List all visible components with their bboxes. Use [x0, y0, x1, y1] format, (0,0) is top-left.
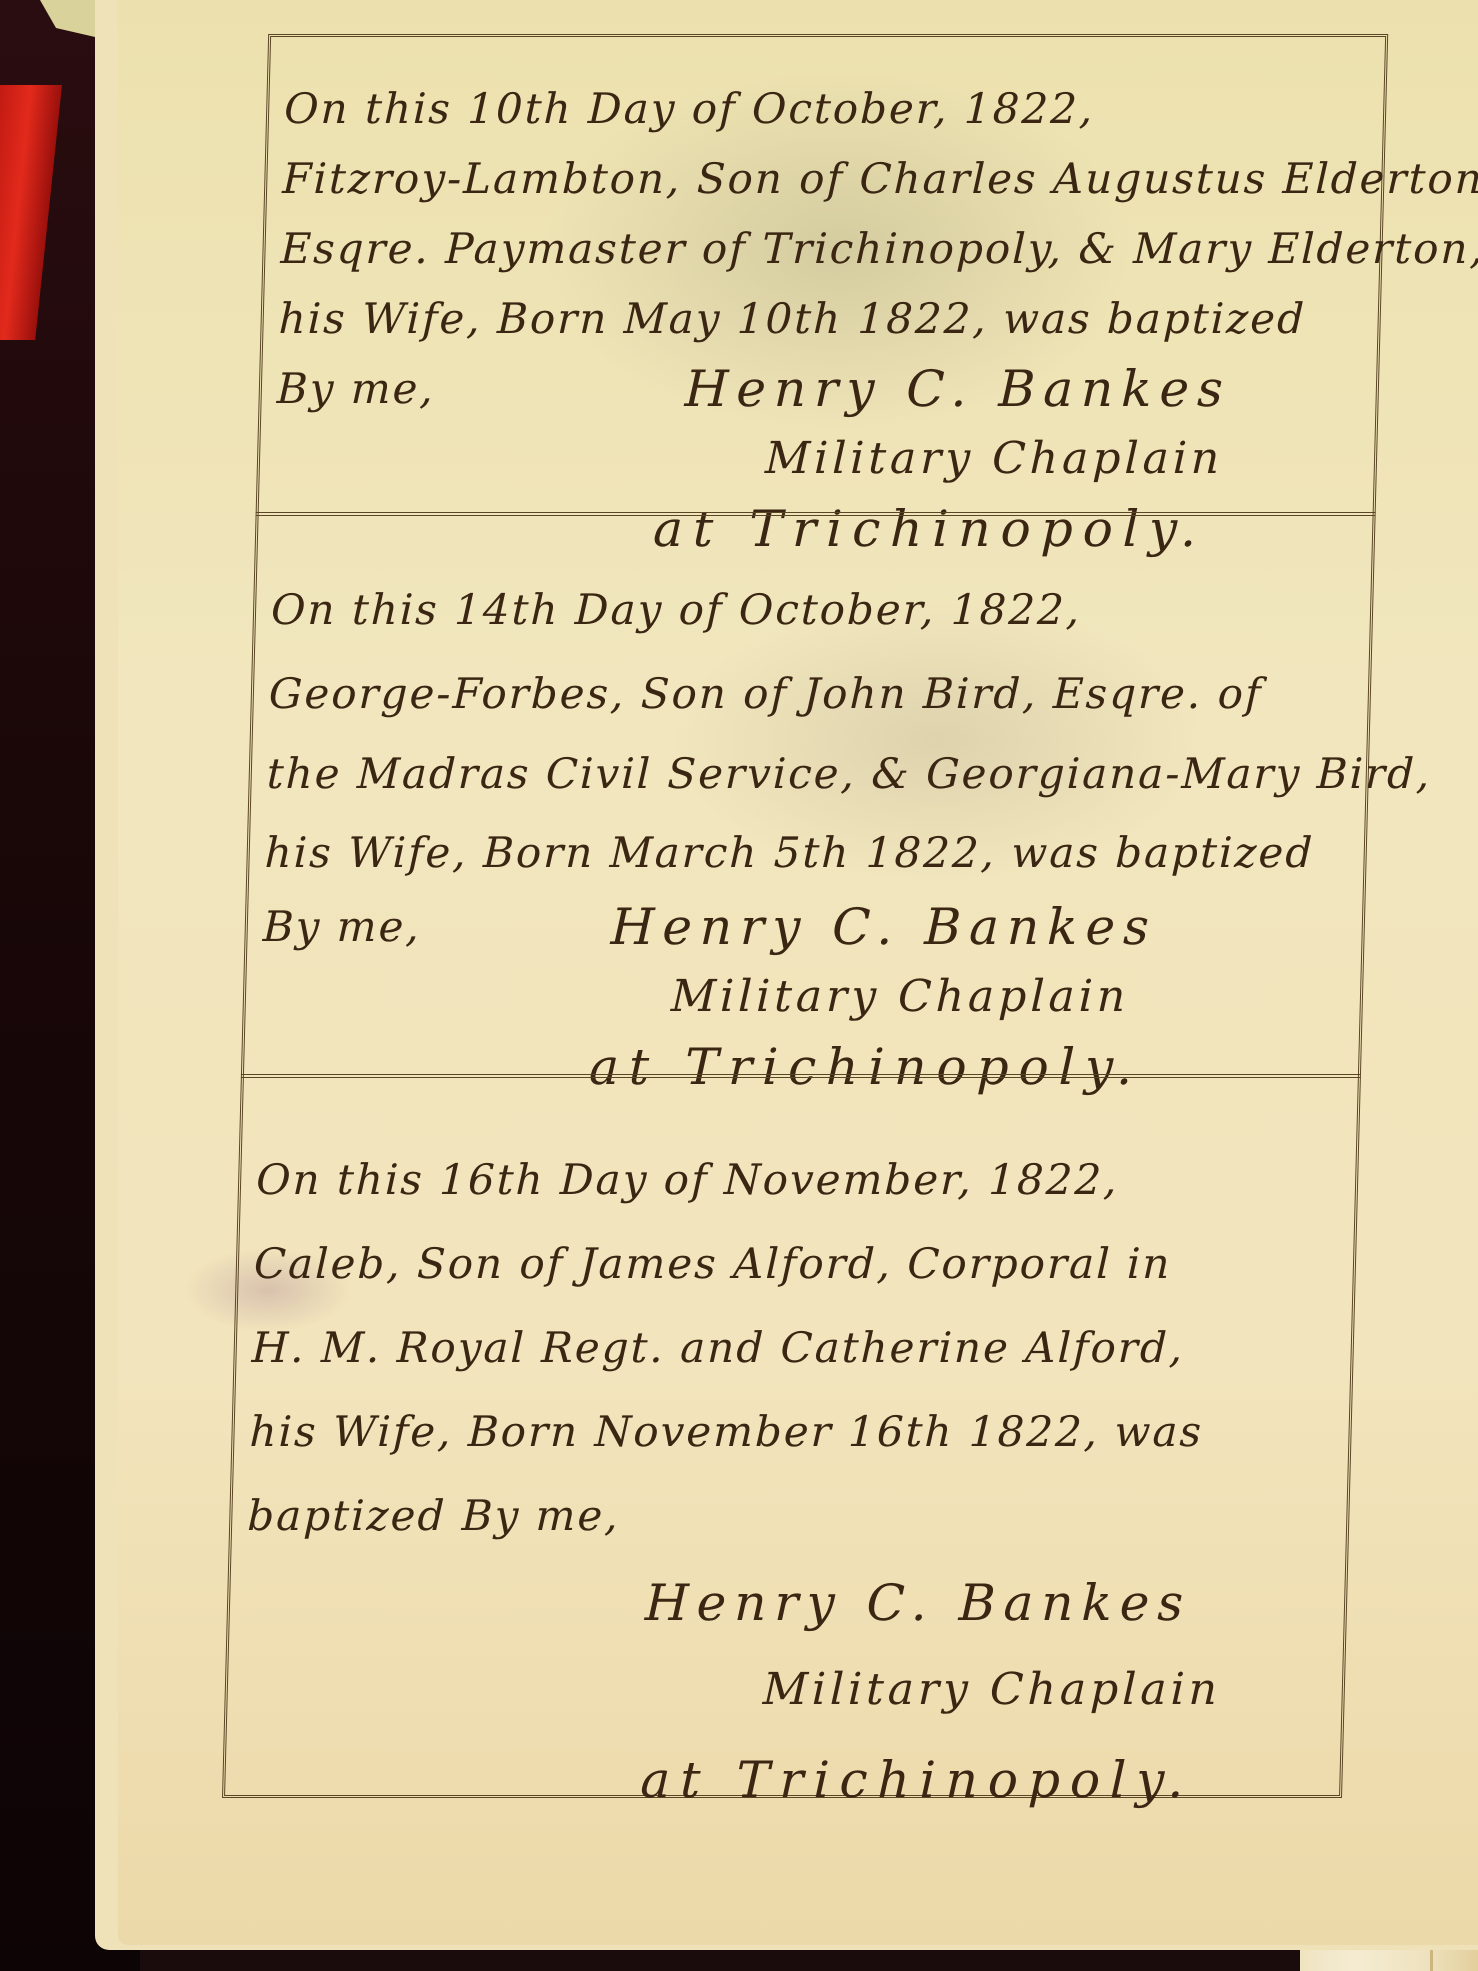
- entry-line: On this 14th Day of October, 1822,: [270, 566, 1350, 654]
- signature-place: at Trichinopoly.: [239, 1732, 1320, 1828]
- baptism-entry-3: On this 16th Day of November, 1822, Cale…: [222, 1074, 1361, 1798]
- entry-signature-row: By me, Henry C. Bankes: [276, 354, 1356, 424]
- entry-signature-row: By me, Henry C. Bankes: [262, 892, 1342, 962]
- signature-title: Military Chaplain: [242, 1648, 1322, 1732]
- entry-line: On this 10th Day of October, 1822,: [283, 74, 1363, 144]
- entry-line: his Wife, Born November 16th 1822, was: [248, 1390, 1328, 1474]
- entry-line: Esqre. Paymaster of Trichinopoly, & Mary…: [280, 214, 1360, 284]
- signature-name: Henry C. Bankes: [434, 354, 1232, 424]
- baptism-entry-1: On this 10th Day of October, 1822, Fitzr…: [256, 34, 1389, 512]
- entry-line: On this 16th Day of November, 1822,: [255, 1138, 1335, 1222]
- entry-line: Caleb, Son of James Alford, Corporal in: [253, 1222, 1333, 1306]
- entry-line: his Wife, Born May 10th 1822, was baptiz…: [278, 284, 1358, 354]
- entry-line: Fitzroy-Lambton, Son of Charles Augustus…: [281, 144, 1361, 214]
- signature-name: Henry C. Bankes: [244, 1558, 1324, 1648]
- baptism-entry-2: On this 14th Day of October, 1822, Georg…: [241, 512, 1376, 1074]
- by-me-text: By me,: [276, 354, 436, 424]
- signature-title: Military Chaplain: [260, 962, 1340, 1032]
- signature-title: Military Chaplain: [274, 424, 1354, 494]
- entry-line: his Wife, Born March 5th 1822, was bapti…: [264, 814, 1344, 892]
- entry-line: George-Forbes, Son of John Bird, Esqre. …: [268, 654, 1348, 734]
- by-me-text: By me,: [262, 892, 422, 962]
- register-frame: On this 10th Day of October, 1822, Fitzr…: [222, 34, 1388, 1798]
- entry-line: H. M. Royal Regt. and Catherine Alford,: [251, 1306, 1331, 1390]
- signature-name: Henry C. Bankes: [420, 892, 1158, 962]
- entry-line: baptized By me,: [246, 1474, 1326, 1558]
- entry-line: the Madras Civil Service, & Georgiana-Ma…: [266, 734, 1346, 814]
